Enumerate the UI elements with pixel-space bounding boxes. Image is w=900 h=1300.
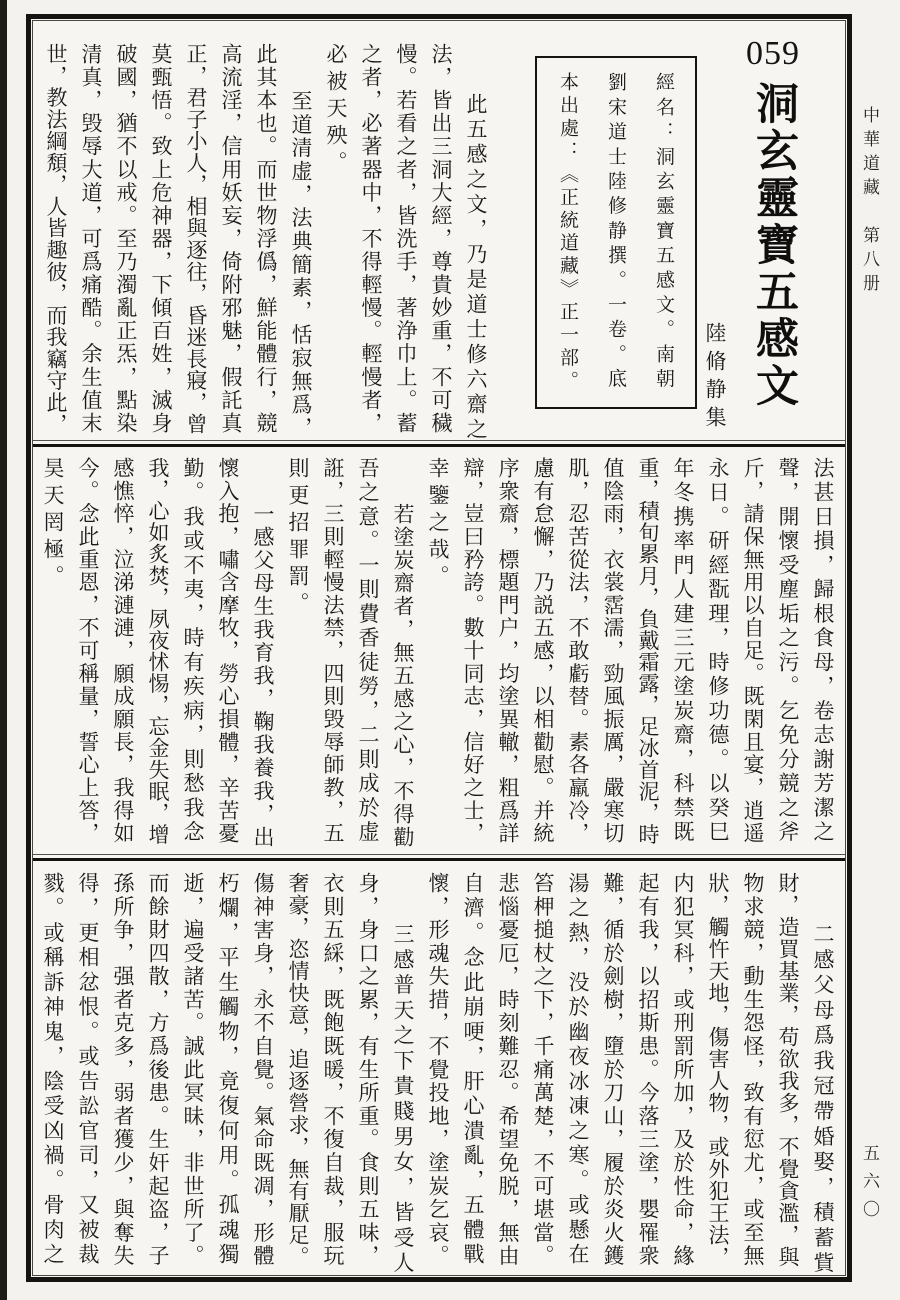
page-frame: 059 洞玄靈寶五感文 陸脩静集 經名：洞玄靈寶五感文。南朝劉宋道士陸修静撰。一… xyxy=(26,14,852,1282)
text-column: 永日。研經翫理，時修功德。以癸巳 xyxy=(700,457,735,845)
text-column: 懷入抱，嘯含摩牧，勞心損體，辛苦憂 xyxy=(210,457,245,845)
text-column: 起有我，以招斯患。今落三塗，嬰罹衆 xyxy=(630,872,665,1268)
text-column: 慢。若看之者，皆洗手，著浄巾上。蓄 xyxy=(388,43,423,435)
text-column: 財，造買基業，苟欲我多，不覺貪濫，與 xyxy=(770,872,805,1268)
text-column: 之者，必著器中，不得輕慢。輕慢者， xyxy=(353,43,388,435)
text-column: 笞柙搥杖之下，千痛萬楚，不可堪當。 xyxy=(525,872,560,1268)
text-column: 得，更相忿恨。或告訟官司，又被裁 xyxy=(70,872,105,1268)
text-column: 三感普天之下貴賤男女，皆受人 xyxy=(385,872,420,1268)
text-column: 勤。我或不夷，時有疾病，則愁我念 xyxy=(175,457,210,845)
scan-edge-shadow xyxy=(0,0,7,1300)
text-column: 則更招罪罰。 xyxy=(280,457,315,845)
text-column: 肌，忍苦從法，不敢虧替。素各羸冷， xyxy=(560,457,595,845)
text-column: 重，積旬累月，負戴霜露，足冰首泥，時 xyxy=(630,457,665,845)
text-column: 感憔悴，泣涕漣漣，願成願長，我得如 xyxy=(105,457,140,845)
text-column: 高流淫，信用妖妄，倚附邪魅，假託真 xyxy=(213,43,248,435)
text-column: 值陰雨，衣裳霑濡，勁風振厲，嚴寒切 xyxy=(595,457,630,845)
text-column: 衣則五綵，既飽既暖，不復自裁，服玩 xyxy=(315,872,350,1268)
colophon-columns: 經名：洞玄靈寶五感文。南朝劉宋道士陸修静撰。一卷。底本出處：《正統道藏》正一部。 xyxy=(545,72,687,393)
colophon-column: 經名：洞玄靈寶五感文。南朝 xyxy=(639,72,687,393)
text-column: 我，心如炙焚，夙夜怵惕，忘金失眠，增 xyxy=(140,457,175,845)
text-column: 莫甄悟。致上危神器，下傾百姓，滅身 xyxy=(143,43,178,435)
text-column: 法甚日損，歸根食母，卷志謝芳潔之 xyxy=(805,457,840,845)
volume-label: 中華道藏 第八册 xyxy=(855,106,883,326)
page-number: 五六〇 xyxy=(855,1144,883,1244)
section-1-text: 此五感之文，乃是道士修六齋之法，皆出三洞大經，尊貴妙重，不可穢慢。若看之者，皆洗… xyxy=(37,43,493,435)
text-column: 幸鑒之哉。 xyxy=(420,457,455,845)
text-column: 二感父母爲我冠帶婚娶，積蓄貲 xyxy=(805,872,840,1268)
text-column: 吾之意。一則費香徒勞，二則成於虚 xyxy=(350,457,385,845)
text-column: 辯，豈曰矜誇。數十同志，信好之士， xyxy=(455,457,490,845)
text-column: 若塗炭齋者，無五感之心，不得勸 xyxy=(385,457,420,845)
text-column: 清真，毁辱大道，可爲痛酷。余生值末 xyxy=(73,43,108,435)
document-number: 059 xyxy=(738,35,808,73)
text-column: 逝，遍受諸苦。誠此冥昧，非世所了。 xyxy=(175,872,210,1268)
text-column: 戮。或稱訴神鬼，陰受凶禍。骨肉之 xyxy=(35,872,70,1268)
text-column: 破國，猶不以戒。至乃濁亂正炁，點染 xyxy=(108,43,143,435)
section-divider-1 xyxy=(33,440,845,448)
text-column: 此五感之文，乃是道士修六齋之 xyxy=(458,43,493,435)
text-column: 序衆齋，標題門户，均塗異轍，粗爲詳 xyxy=(490,457,525,845)
text-column: 至道清虚，法典簡素，恬寂無爲， xyxy=(283,43,318,435)
text-column: 内犯冥科，或刑罰所加，及於性命，緣 xyxy=(665,872,700,1268)
text-column: 身，身口之累，有生所重。食則五味， xyxy=(350,872,385,1268)
text-column: 自濟。念此崩哽，肝心潰亂，五體戰 xyxy=(455,872,490,1268)
text-column: 今。念此重恩，不可稱量，誓心上答， xyxy=(70,457,105,845)
text-column: 物求競，動生怨怪，致有愆尤，或至無 xyxy=(735,872,770,1268)
page-frame-inner: 059 洞玄靈寶五感文 陸脩静集 經名：洞玄靈寶五感文。南朝劉宋道士陸修静撰。一… xyxy=(31,19,847,1277)
text-column: 聲，開懷受塵垢之污。乞免分競之斧 xyxy=(770,457,805,845)
text-column: 年冬携率門人建三元塗炭齋，科禁既 xyxy=(665,457,700,845)
text-column: 正，君子小人，相與逐往，昏迷長寢，曾 xyxy=(178,43,213,435)
text-column: 誑，三則輕慢法禁，四則毁辱師教，五 xyxy=(315,457,350,845)
colophon-column: 本出處：《正統道藏》正一部。 xyxy=(543,72,591,393)
text-column: 朽爛，平生觸物，竟復何用。孤魂獨 xyxy=(210,872,245,1268)
text-column: 難，循於劍樹，墮於刀山，履於炎火鑊 xyxy=(595,872,630,1268)
text-column: 必被天殃。 xyxy=(318,43,353,435)
text-column: 一感父母生我育我，鞠我養我，出 xyxy=(245,457,280,845)
colophon-column: 劉宋道士陸修静撰。一卷。底 xyxy=(591,72,639,393)
text-column: 狀，觸忤天地，傷害人物，或外犯王法， xyxy=(700,872,735,1268)
text-column: 慮有怠懈，乃説五感，以相勸慰。并統 xyxy=(525,457,560,845)
text-column: 湯之熱，没於幽夜冰凍之寒。或懸在 xyxy=(560,872,595,1268)
text-column: 昊天罔極。 xyxy=(35,457,70,845)
text-column: 悲惱憂厄，時刻難忍。希望免脱，無由 xyxy=(490,872,525,1268)
section-2-text: 法甚日損，歸根食母，卷志謝芳潔之聲，開懷受塵垢之污。乞免分競之斧斤，請保無用以自… xyxy=(35,457,840,845)
scanned-book-page: 中華道藏 第八册 五六〇 059 洞玄靈寶五感文 陸脩静集 經名：洞玄靈寶五感文… xyxy=(0,0,900,1300)
section-divider-2 xyxy=(33,854,845,862)
section-3-text: 二感父母爲我冠帶婚娶，積蓄貲財，造買基業，苟欲我多，不覺貪濫，與物求競，動生怨怪… xyxy=(35,872,840,1268)
text-column: 斤，請保無用以自足。既閑且宴，逍遥 xyxy=(735,457,770,845)
text-column: 世，教法綱頽，人皆趣彼，而我竊守此， xyxy=(38,43,73,435)
text-column: 孫所争，强者克多，弱者獲少，與奪失 xyxy=(105,872,140,1268)
text-column: 奢豪，恣情快意，追逐營求，無有厭足。 xyxy=(280,872,315,1268)
colophon-box: 經名：洞玄靈寶五感文。南朝劉宋道士陸修静撰。一卷。底本出處：《正統道藏》正一部。 xyxy=(535,56,697,409)
document-title: 洞玄靈寶五感文 xyxy=(740,81,806,437)
text-column: 懷，形魂失措，不覺投地，塗炭乞哀。 xyxy=(420,872,455,1268)
text-column: 法，皆出三洞大經，尊貴妙重，不可穢 xyxy=(423,43,458,435)
document-author: 陸脩静集 xyxy=(699,322,731,442)
text-column: 此其本也。而世物浮僞，鮮能體行，競 xyxy=(248,43,283,435)
text-column: 而餘財四散，方爲後患。生奸起盗，子 xyxy=(140,872,175,1268)
text-column: 傷神害身，永不自覺。氣命既凋，形體 xyxy=(245,872,280,1268)
